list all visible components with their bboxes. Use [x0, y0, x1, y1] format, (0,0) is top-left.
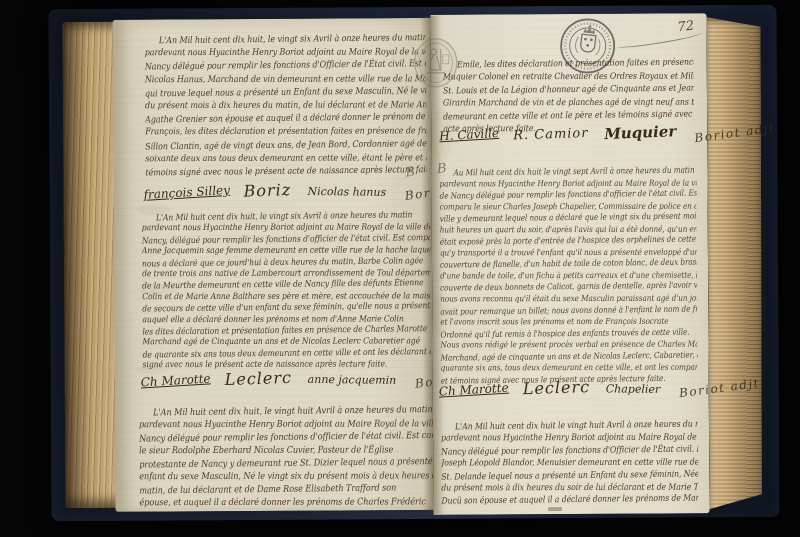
signature-row-1: françois SilleyBorizNicolas hanusBoriot …: [143, 180, 443, 202]
signature: françois Silley: [143, 183, 230, 202]
signature: Chapelier: [606, 382, 661, 396]
signature: Leclerc: [522, 377, 590, 398]
birth-record-entry-3: L'An Mil huit cent dix huit, le vingt hu…: [139, 404, 435, 510]
birth-record-entry-1: L'An Mil huit cent dix huit, le vingt si…: [145, 33, 427, 180]
page-edges-right: [707, 17, 764, 509]
left-page: L'An Mil huit cent dix huit, le vingt si…: [113, 18, 434, 512]
end-of-entry-mark: =: [546, 504, 567, 515]
gutter-shadow: [420, 16, 443, 514]
signature-row-2: Ch MarotteLeclercanne jacqueminBoriot ad…: [141, 368, 447, 390]
right-page: 72 Emile, les dites déclaration et prése…: [430, 13, 709, 515]
register-book: L'An Mil huit cent dix huit, le vingt si…: [48, 5, 779, 521]
signature: Leclerc: [224, 368, 292, 389]
signature: R. Camior: [513, 126, 589, 143]
signature: Ch Marotte: [438, 381, 509, 399]
signature-row-4: Ch MarotteLeclercChapelierBoriot adjt: [439, 377, 707, 399]
folio-flourish: [617, 29, 703, 49]
signature: Nicolas hanus: [308, 185, 387, 199]
birth-record-entry-2: L'An Mil huit cent dix huit, le vingt si…: [142, 211, 431, 372]
signature: Boriz: [244, 180, 292, 201]
foundling-record-entry: Au Mil huit cent dix huit le vingt sept …: [439, 165, 697, 386]
manuscript-line: témoins signé avec nous le présent acte …: [145, 164, 426, 180]
signature: Ch Marotte: [140, 371, 211, 389]
manuscript-line: Ducü son épouse et auquel il a déclaré d…: [441, 493, 698, 508]
photo-background: L'An Mil huit cent dix huit, le vingt si…: [0, 0, 800, 537]
birth-record-entry-4: L'An Mil huit cent dix huit le vingt hui…: [441, 419, 698, 507]
manuscript-line: épouse, et auquel il a déclaré donner le…: [139, 495, 435, 509]
signature: Muquier: [604, 122, 677, 143]
signature: anne jacquemin: [308, 373, 397, 387]
signature-row-3: H. CavilleR. CamiorMuquierBoriot adjt: [439, 123, 705, 144]
signature: H. Caville: [439, 126, 500, 143]
